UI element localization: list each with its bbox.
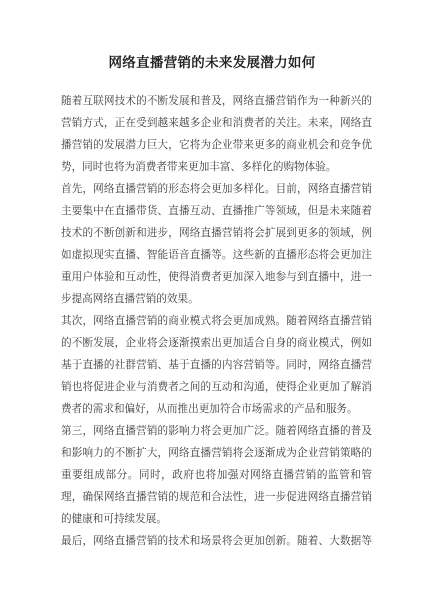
text-line: 其次，网络直播营销的商业模式将会更加成熟。随着网络直播营销 — [61, 311, 372, 333]
text-line: 势，同时也将为消费者带来更加丰富、多样化的购物体验。 — [61, 157, 372, 179]
text-line: 销也将促进企业与消费者之间的互动和沟通，使得企业更加了解消 — [61, 377, 372, 399]
text-line: 基于直播的社群营销、基于直播的内容营销等。同时，网络直播营 — [61, 355, 372, 377]
text-line: 随着互联网技术的不断发展和普及，网络直播营销作为一种新兴的 — [61, 91, 372, 113]
text-line: 营销方式，正在受到越来越多企业和消费者的关注。未来，网络直 — [61, 113, 372, 135]
text-line: 理，确保网络直播营销的规范和合法性，进一步促进网络直播营销 — [61, 487, 372, 509]
text-line: 重用户体验和互动性，使得消费者更加深入地参与到直播中，进一 — [61, 267, 372, 289]
text-line: 的健康和可持续发展。 — [61, 509, 372, 531]
text-line: 重要组成部分。同时，政府也将加强对网络直播营销的监管和管 — [61, 465, 372, 487]
text-line: 步提高网络直播营销的效果。 — [61, 289, 372, 311]
paragraph: 最后，网络直播营销的技术和场景将会更加创新。随着、大数据等 — [61, 531, 372, 553]
text-line: 技术的不断创新和进步，网络直播营销将会扩展到更多的领域，例 — [61, 223, 372, 245]
text-line: 如虚拟现实直播、智能语音直播等。这些新的直播形态将会更加注 — [61, 245, 372, 267]
paragraph: 首先，网络直播营销的形态将会更加多样化。目前，网络直播营销主要集中在直播带货、直… — [61, 179, 372, 311]
text-line: 第三，网络直播营销的影响力将会更加广泛。随着网络直播的普及 — [61, 421, 372, 443]
paragraph: 随着互联网技术的不断发展和普及，网络直播营销作为一种新兴的营销方式，正在受到越来… — [61, 91, 372, 179]
text-line: 费者的需求和偏好，从而推出更加符合市场需求的产品和服务。 — [61, 399, 372, 421]
document-page: 网络直播营销的未来发展潜力如何 随着互联网技术的不断发展和普及，网络直播营销作为… — [0, 0, 424, 600]
paragraph: 第三，网络直播营销的影响力将会更加广泛。随着网络直播的普及和影响力的不断扩大，网… — [61, 421, 372, 531]
document-body: 随着互联网技术的不断发展和普及，网络直播营销作为一种新兴的营销方式，正在受到越来… — [61, 91, 372, 553]
document-title: 网络直播营销的未来发展潜力如何 — [0, 54, 424, 72]
text-line: 的不断发展，企业将会逐渐摸索出更加适合自身的商业模式，例如 — [61, 333, 372, 355]
text-line: 最后，网络直播营销的技术和场景将会更加创新。随着、大数据等 — [61, 531, 372, 553]
text-line: 主要集中在直播带货、直播互动、直播推广等领域，但是未来随着 — [61, 201, 372, 223]
text-line: 播营销的发展潜力巨大，它将为企业带来更多的商业机会和竞争优 — [61, 135, 372, 157]
text-line: 首先，网络直播营销的形态将会更加多样化。目前，网络直播营销 — [61, 179, 372, 201]
paragraph: 其次，网络直播营销的商业模式将会更加成熟。随着网络直播营销的不断发展，企业将会逐… — [61, 311, 372, 421]
text-line: 和影响力的不断扩大，网络直播营销将会逐渐成为企业营销策略的 — [61, 443, 372, 465]
